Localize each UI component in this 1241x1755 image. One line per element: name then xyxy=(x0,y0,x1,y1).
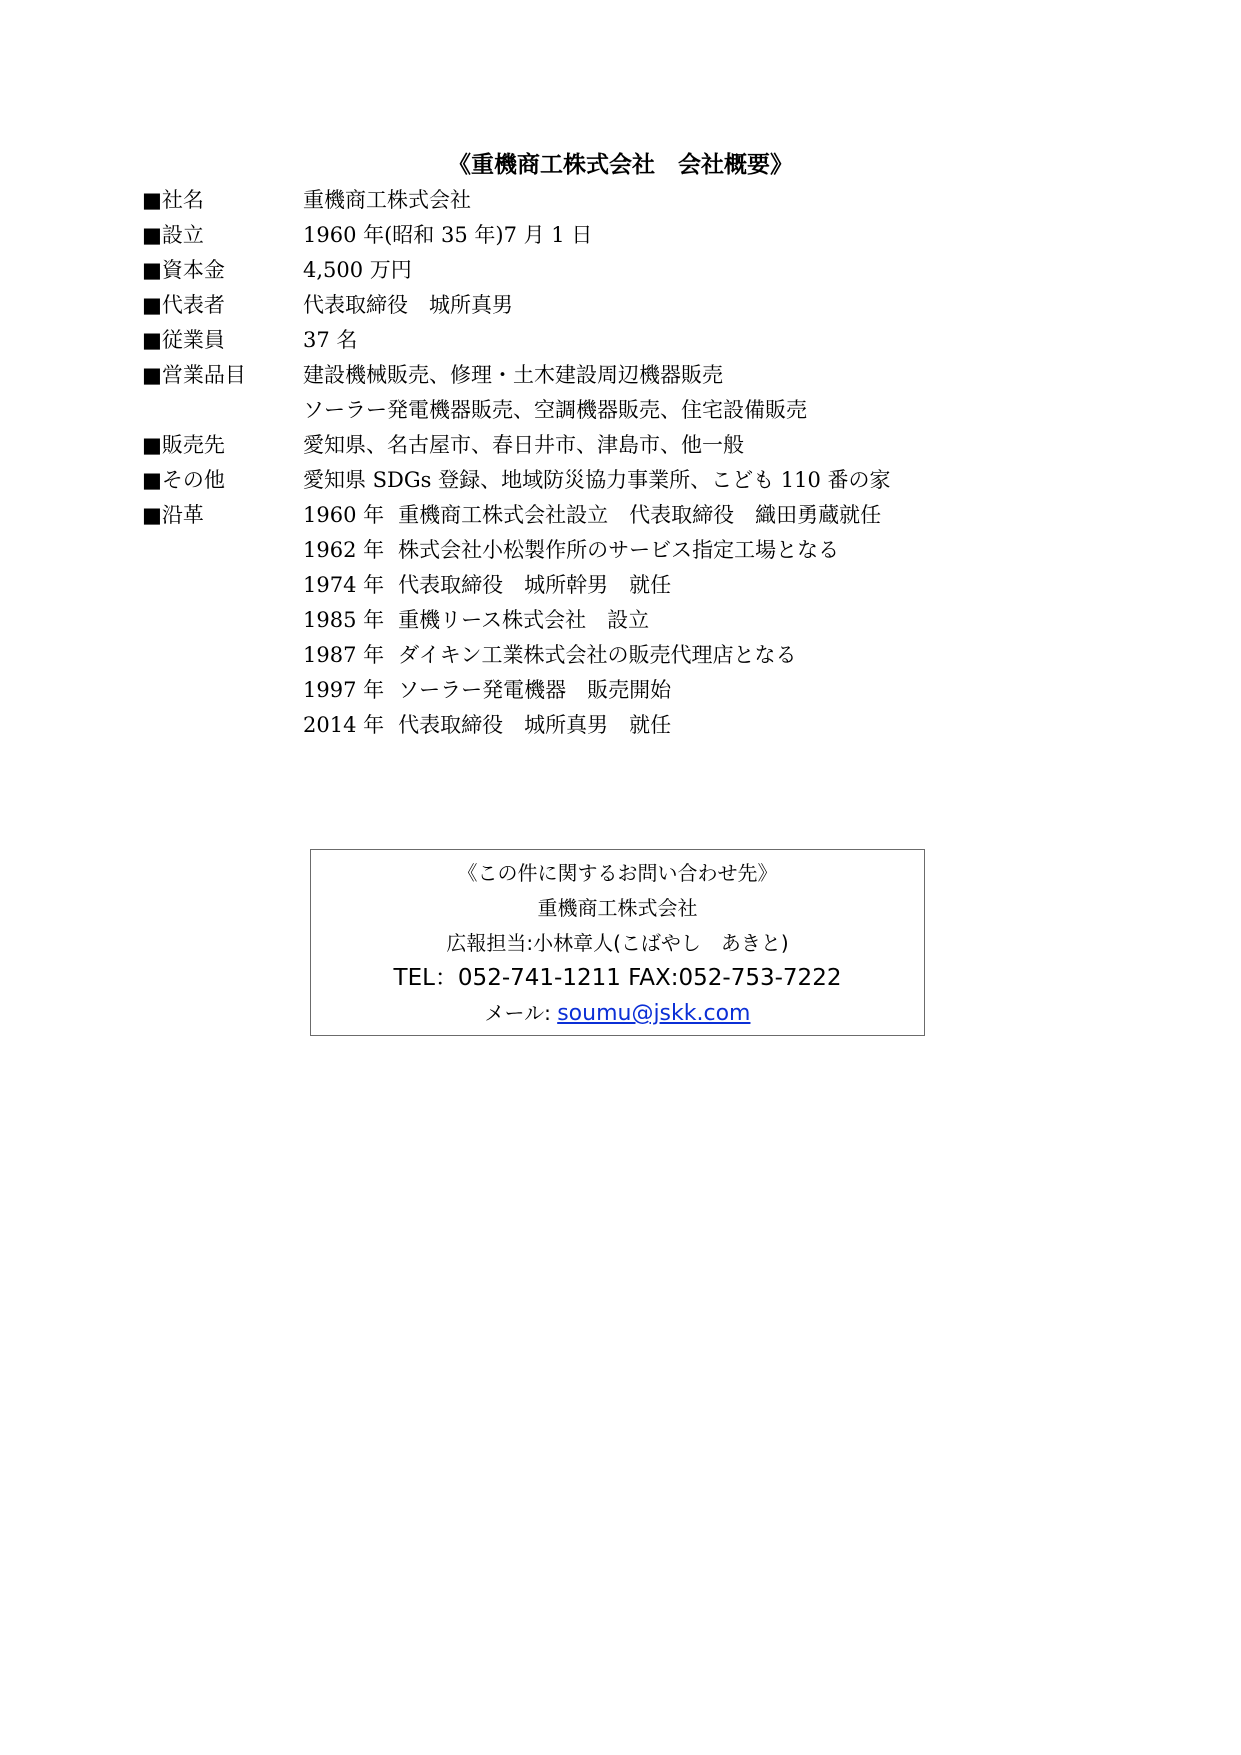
profile-label: ■販売先 xyxy=(142,428,303,463)
profile-value: 愛知県 SDGs 登録、地域防災協力事業所、こども 110 番の家 xyxy=(303,463,891,498)
history-event: 重機商工株式会社設立 代表取締役 織田勇蔵就任 xyxy=(398,503,881,527)
profile-value: 4,500 万円 xyxy=(303,253,412,288)
history-row: 1987 年ダイキン工業株式会社の販売代理店となる xyxy=(142,638,891,673)
history-event: 代表取締役 城所幹男 就任 xyxy=(398,573,671,597)
profile-label: ■従業員 xyxy=(142,323,303,358)
profile-label: ■社名 xyxy=(142,183,303,218)
history-year: 1960 年 xyxy=(303,498,384,533)
history-row: ■沿革 1960 年重機商工株式会社設立 代表取締役 織田勇蔵就任 xyxy=(142,498,891,533)
profile-label: ■代表者 xyxy=(142,288,303,323)
history-year: 1985 年 xyxy=(303,603,384,638)
contact-box: 《この件に関するお問い合わせ先》 重機商工株式会社 広報担当:小林章人(こばやし… xyxy=(310,849,925,1036)
contact-email-line: メール: soumu@jskk.com xyxy=(311,996,924,1031)
profile-value: 建設機械販売、修理・土木建設周辺機器販売 xyxy=(303,358,723,393)
company-profile-table: ■社名 重機商工株式会社 ■設立 1960 年(昭和 35 年)7 月 1 日 … xyxy=(142,183,891,743)
history-label-spacer xyxy=(142,568,303,603)
profile-label: ■その他 xyxy=(142,463,303,498)
history-label: ■沿革 xyxy=(142,498,303,533)
profile-row-established: ■設立 1960 年(昭和 35 年)7 月 1 日 xyxy=(142,218,891,253)
history-row: 1997 年ソーラー発電機器 販売開始 xyxy=(142,673,891,708)
history-event: ダイキン工業株式会社の販売代理店となる xyxy=(398,643,796,667)
history-label-spacer xyxy=(142,603,303,638)
profile-value: 愛知県、名古屋市、春日井市、津島市、他一般 xyxy=(303,428,744,463)
profile-value: 1960 年(昭和 35 年)7 月 1 日 xyxy=(303,218,592,253)
contact-heading: 《この件に関するお問い合わせ先》 xyxy=(311,856,924,891)
history-row: 2014 年代表取締役 城所真男 就任 xyxy=(142,708,891,743)
contact-company: 重機商工株式会社 xyxy=(311,891,924,926)
contact-person: 広報担当:小林章人(こばやし あきと) xyxy=(311,926,924,961)
page-title: 《重機商工株式会社 会社概要》 xyxy=(0,148,1241,182)
history-entry: 1987 年ダイキン工業株式会社の販売代理店となる xyxy=(303,638,797,673)
history-event: 重機リース株式会社 設立 xyxy=(398,608,649,632)
profile-value: 重機商工株式会社 xyxy=(303,183,471,218)
document-page: 《重機商工株式会社 会社概要》 ■社名 重機商工株式会社 ■設立 1960 年(… xyxy=(0,0,1241,1755)
history-label-spacer xyxy=(142,638,303,673)
history-row: 1962 年株式会社小松製作所のサービス指定工場となる xyxy=(142,533,891,568)
history-row: 1985 年重機リース株式会社 設立 xyxy=(142,603,891,638)
history-year: 1962 年 xyxy=(303,533,384,568)
history-event: ソーラー発電機器 販売開始 xyxy=(398,678,671,702)
history-entry: 1985 年重機リース株式会社 設立 xyxy=(303,603,649,638)
profile-value: ソーラー発電機器販売、空調機器販売、住宅設備販売 xyxy=(303,393,807,428)
history-entry: 2014 年代表取締役 城所真男 就任 xyxy=(303,708,671,743)
profile-row-business: ■営業品目 建設機械販売、修理・土木建設周辺機器販売 xyxy=(142,358,891,393)
profile-value: 37 名 xyxy=(303,323,357,358)
profile-label xyxy=(142,393,303,428)
history-entry: 1974 年代表取締役 城所幹男 就任 xyxy=(303,568,671,603)
email-link[interactable]: soumu@jskk.com xyxy=(557,1001,750,1026)
profile-row-representative: ■代表者 代表取締役 城所真男 xyxy=(142,288,891,323)
contact-phone-fax: TEL：052-741-1211 FAX:052-753-7222 xyxy=(311,961,924,996)
history-year: 1997 年 xyxy=(303,673,384,708)
history-year: 1987 年 xyxy=(303,638,384,673)
history-label-spacer xyxy=(142,533,303,568)
profile-label: ■営業品目 xyxy=(142,358,303,393)
profile-row-business-cont: ソーラー発電機器販売、空調機器販売、住宅設備販売 xyxy=(142,393,891,428)
history-entry: 1962 年株式会社小松製作所のサービス指定工場となる xyxy=(303,533,839,568)
profile-row-customers: ■販売先 愛知県、名古屋市、春日井市、津島市、他一般 xyxy=(142,428,891,463)
history-event: 株式会社小松製作所のサービス指定工場となる xyxy=(398,538,839,562)
profile-row-company-name: ■社名 重機商工株式会社 xyxy=(142,183,891,218)
profile-value: 代表取締役 城所真男 xyxy=(303,288,513,323)
history-event: 代表取締役 城所真男 就任 xyxy=(398,713,671,737)
email-label: メール: xyxy=(485,1001,558,1025)
profile-row-capital: ■資本金 4,500 万円 xyxy=(142,253,891,288)
profile-label: ■設立 xyxy=(142,218,303,253)
profile-row-other: ■その他 愛知県 SDGs 登録、地域防災協力事業所、こども 110 番の家 xyxy=(142,463,891,498)
history-label-spacer xyxy=(142,708,303,743)
history-row: 1974 年代表取締役 城所幹男 就任 xyxy=(142,568,891,603)
profile-label: ■資本金 xyxy=(142,253,303,288)
history-entry: 1997 年ソーラー発電機器 販売開始 xyxy=(303,673,671,708)
history-label-spacer xyxy=(142,673,303,708)
history-year: 2014 年 xyxy=(303,708,384,743)
history-year: 1974 年 xyxy=(303,568,384,603)
profile-row-employees: ■従業員 37 名 xyxy=(142,323,891,358)
history-entry: 1960 年重機商工株式会社設立 代表取締役 織田勇蔵就任 xyxy=(303,498,881,533)
